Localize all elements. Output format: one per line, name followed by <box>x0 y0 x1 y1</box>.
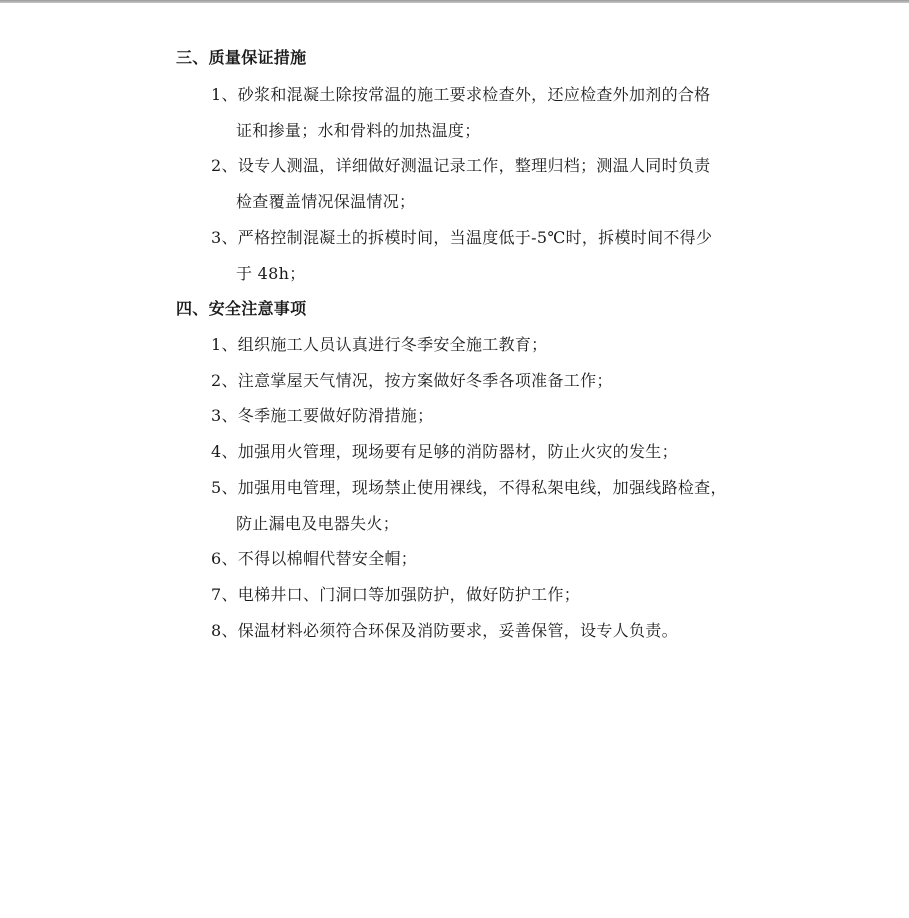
list-item: 3、冬季施工要做好防滑措施； <box>211 406 433 426</box>
list-item: 6、不得以棉帽代替安全帽； <box>211 549 417 569</box>
list-item: 5、加强用电管理，现场禁止使用裸线，不得私架电线，加强线路检查， <box>211 478 727 498</box>
list-item: 1、砂浆和混凝土除按常温的施工要求检查外，还应检查外加剂的合格 <box>211 85 710 105</box>
list-item: 8、保温材料必须符合环保及消防要求，妥善保管，设专人负责。 <box>211 621 678 641</box>
document-page: 三、质量保证措施 1、砂浆和混凝土除按常温的施工要求检查外，还应检查外加剂的合格… <box>0 0 909 918</box>
list-item: 4、加强用火管理，现场要有足够的消防器材，防止火灾的发生； <box>211 442 678 462</box>
list-item: 3、严格控制混凝土的拆模时间，当温度低于-5℃时，拆模时间不得少 <box>211 228 712 248</box>
list-item: 2、注意掌屋天气情况，按方案做好冬季各项准备工作； <box>211 371 613 391</box>
list-item-continuation: 检查覆盖情况保温情况； <box>236 192 415 212</box>
list-item-continuation: 于 48h； <box>236 264 306 284</box>
list-item-continuation: 防止漏电及电器失火； <box>236 514 399 534</box>
list-item: 1、组织施工人员认真进行冬季安全施工教育； <box>211 335 547 355</box>
list-item-continuation: 证和掺量；水和骨料的加热温度； <box>236 121 481 141</box>
section-heading-safety: 四、安全注意事项 <box>176 299 306 319</box>
list-item: 2、设专人测温，详细做好测温记录工作，整理归档；测温人同时负责 <box>211 156 710 176</box>
list-item: 7、电梯井口、门洞口等加强防护，做好防护工作； <box>211 585 580 605</box>
section-heading-quality: 三、质量保证措施 <box>176 48 306 68</box>
